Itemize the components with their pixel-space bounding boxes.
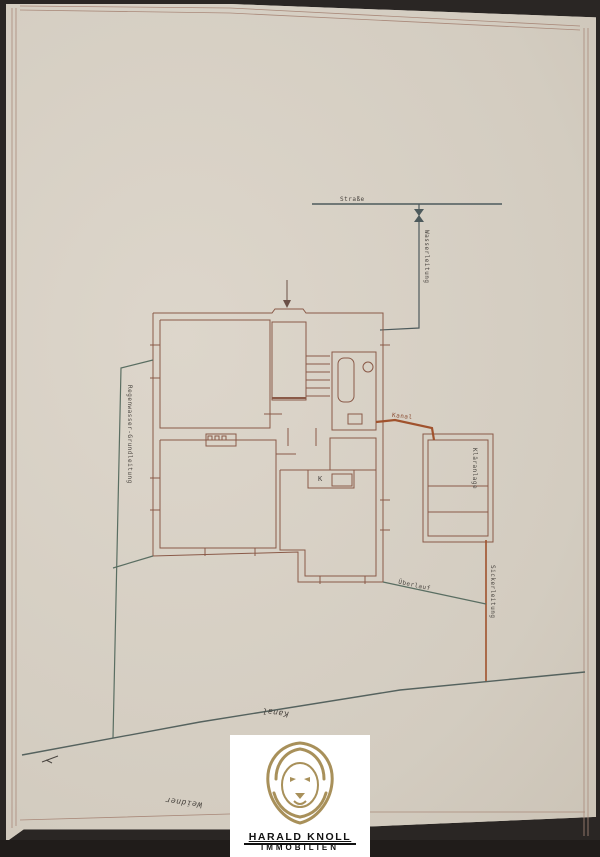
plan-sheet: Straße Wasserleitung Regenwasser-Grundle… <box>0 0 600 857</box>
lion-head-icon <box>260 739 340 827</box>
logo-subtitle: IMMOBILIEN <box>230 843 370 852</box>
logo-name: HARALD KNOLL <box>230 831 370 843</box>
building-walls <box>150 309 390 584</box>
sheet-border <box>12 6 588 836</box>
floor-plan-drawing <box>0 0 600 857</box>
label-right-drain: Sickerleitung <box>489 565 496 618</box>
label-water-main: Wasserleitung <box>423 230 430 283</box>
label-septic: Kläranlage <box>471 448 478 489</box>
water-main-line <box>380 204 419 330</box>
label-street: Straße <box>340 196 365 203</box>
arrow-down-icon <box>283 300 291 308</box>
septic-tank <box>423 434 493 542</box>
label-left-drain: Regenwasser-Grundleitung <box>126 385 133 484</box>
drain-lines <box>113 360 486 738</box>
label-kitchen: K <box>318 475 323 483</box>
company-logo: HARALD KNOLL IMMOBILIEN <box>230 735 370 857</box>
sewer-pipe <box>376 420 434 440</box>
pencil-mark <box>42 756 58 763</box>
